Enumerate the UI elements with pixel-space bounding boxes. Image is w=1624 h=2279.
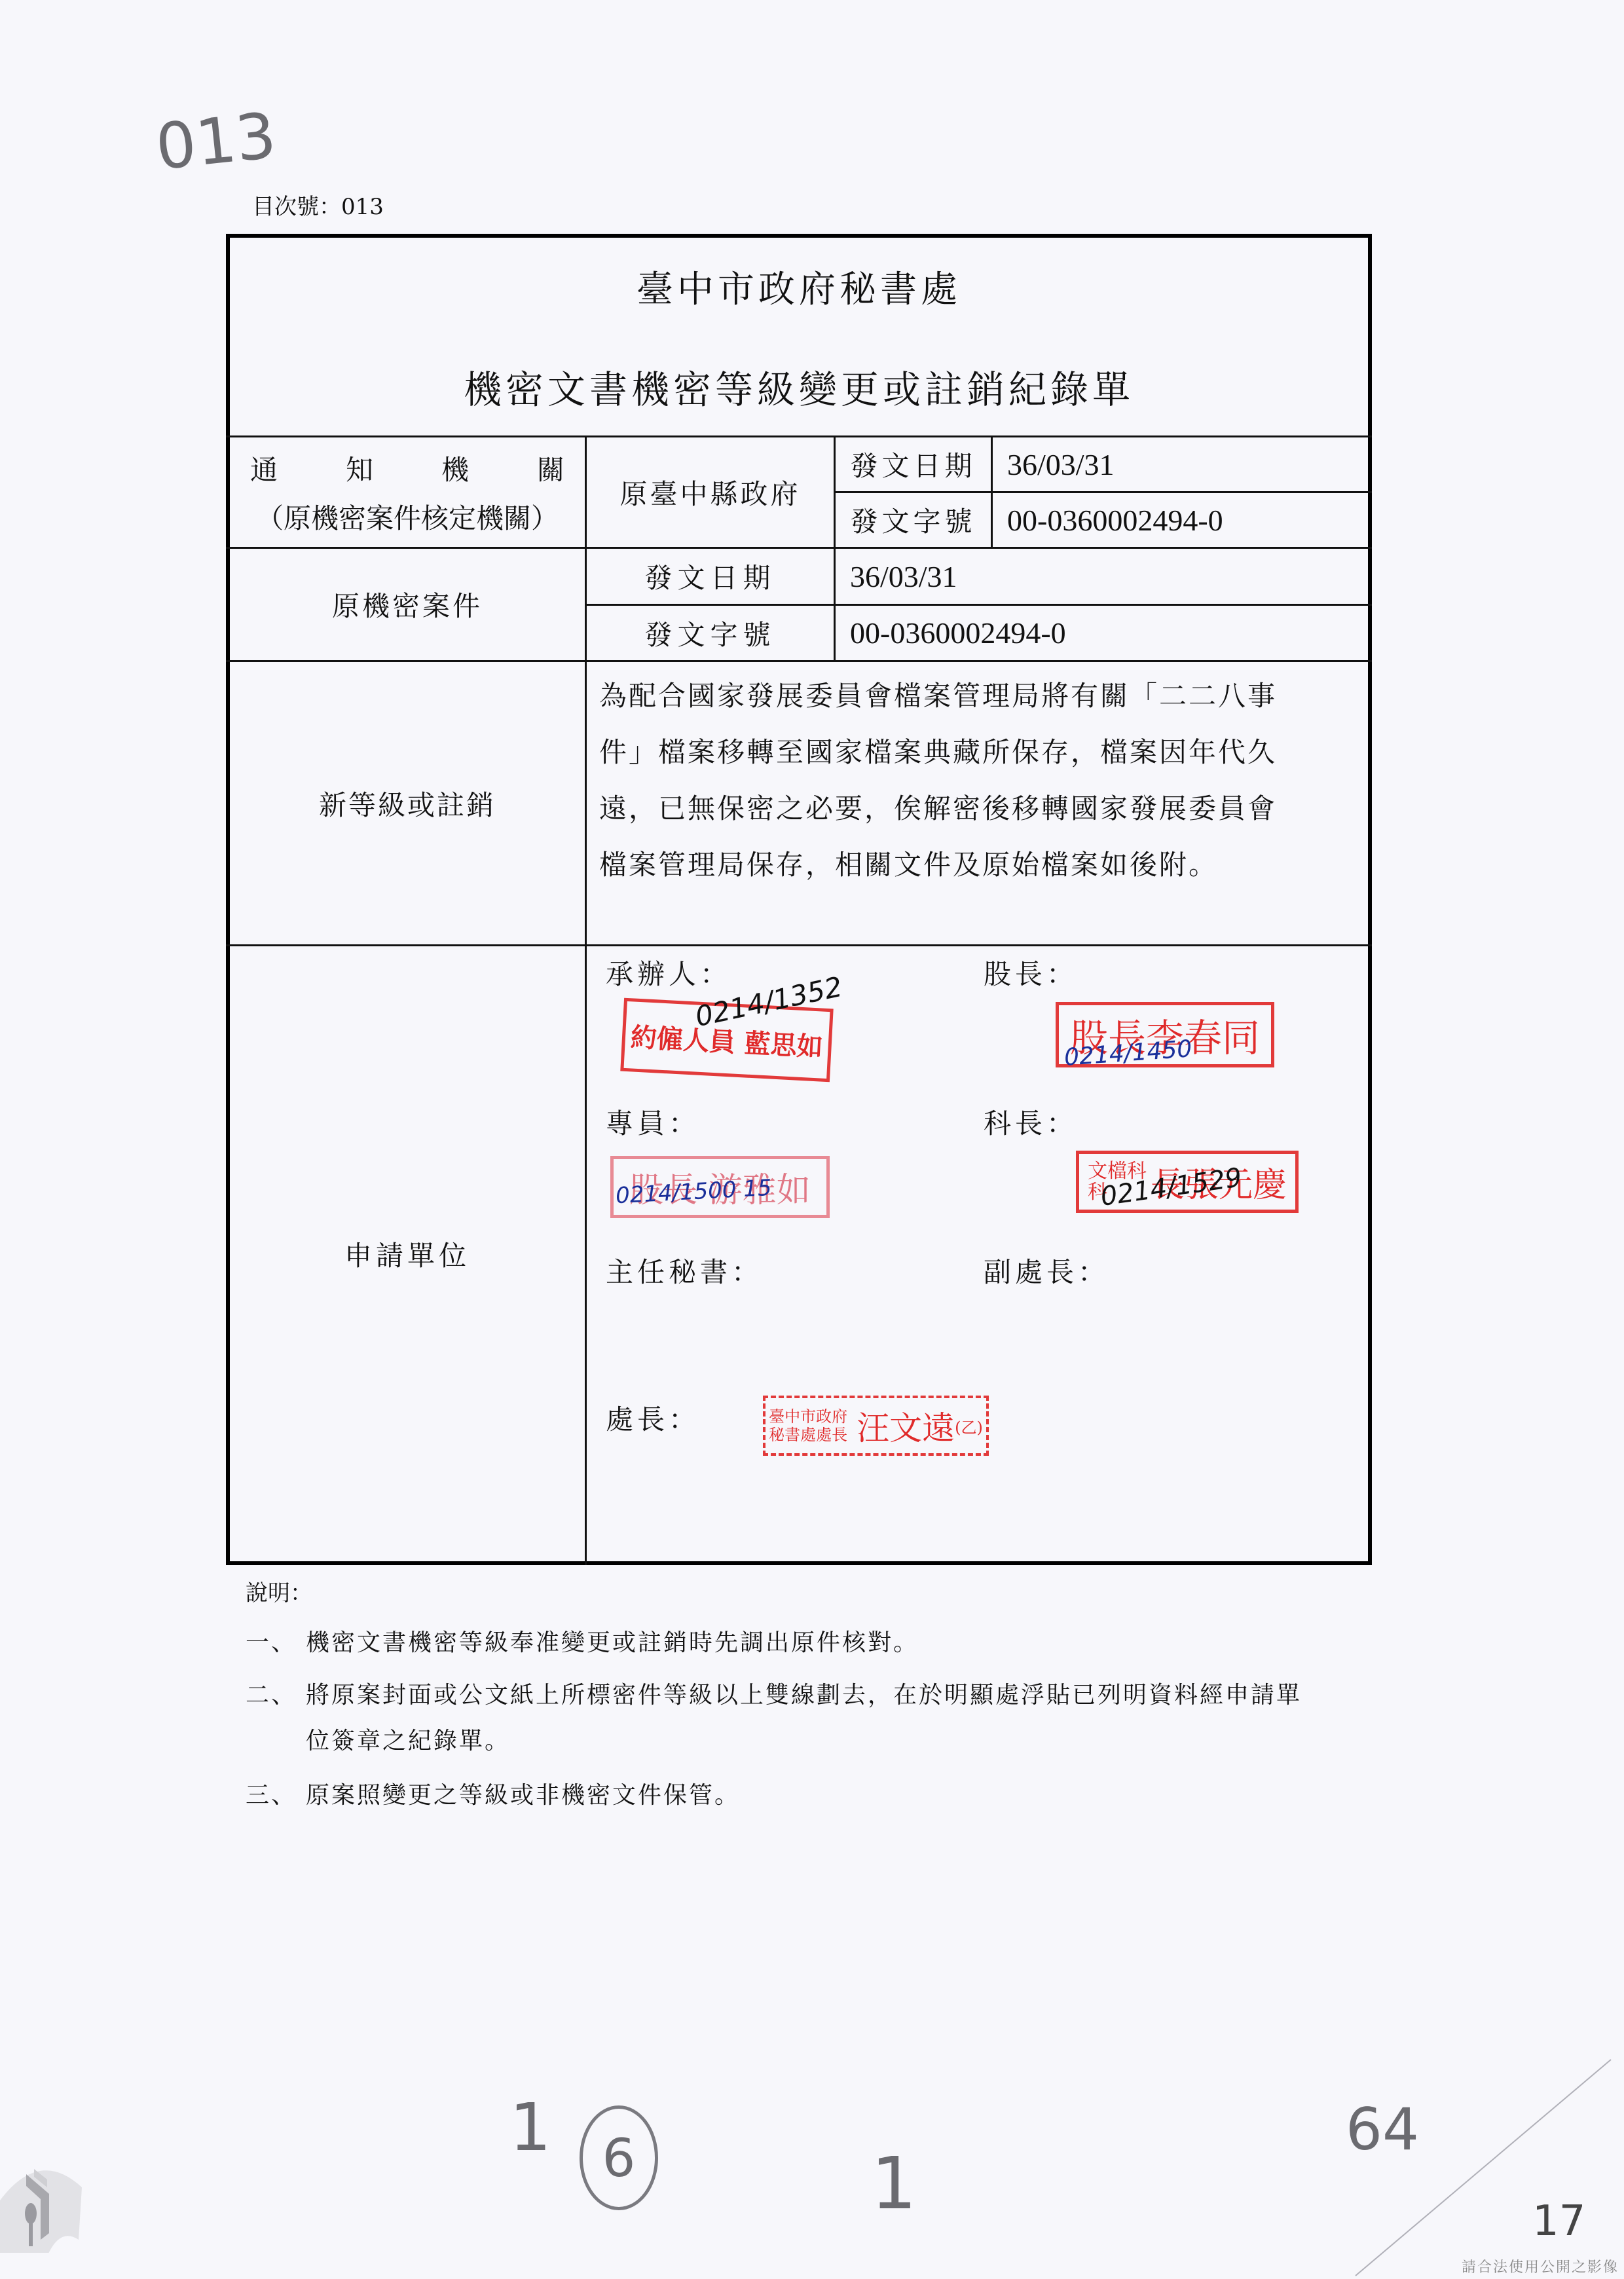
sig-label-clerk: 承辦人： bbox=[606, 953, 731, 992]
original-docno-value: 00-0360002494-0 bbox=[836, 606, 1372, 660]
sig-label-section-chief: 股長： bbox=[984, 953, 1078, 992]
note-number: 二、 bbox=[246, 1677, 306, 1710]
notes-title: 說明： bbox=[246, 1575, 312, 1607]
label-char: 關 bbox=[537, 449, 564, 488]
sig-label-chief-secretary: 主任秘書： bbox=[606, 1251, 763, 1290]
stamp-text: 汪文遠 bbox=[857, 1402, 955, 1449]
notify-agency-label: 通 知 機 關 （原機密案件核定機關） bbox=[230, 437, 585, 547]
stamp-subtext: 臺中市政府 秘書處處長 bbox=[769, 1407, 854, 1444]
label-char: 知 bbox=[346, 449, 373, 488]
archive-logo-icon bbox=[0, 2148, 85, 2253]
form-title: 機密文書機密等級變更或註銷紀錄單 bbox=[226, 359, 1372, 414]
notify-agency-label-sub: （原機密案件核定機關） bbox=[256, 497, 559, 536]
reason-line: 為配合國家發展委員會檔案管理局將有關「二二八事 bbox=[599, 668, 1362, 724]
handwritten-circled-number: 6 bbox=[580, 2105, 658, 2210]
note-number: 三、 bbox=[246, 1777, 306, 1810]
note-item: 二、將原案封面或公文紙上所標密件等級以上雙線劃去，在於明顯處浮貼已列明資料經申請… bbox=[246, 1677, 1302, 1710]
notify-docno-label: 發文字號 bbox=[836, 493, 991, 547]
original-date-label: 發文日期 bbox=[587, 549, 834, 604]
watermark: 請合法使用公開之影像 bbox=[1462, 2256, 1619, 2276]
handwritten-mark: 1 bbox=[509, 2089, 551, 2166]
note-item: 一、機密文書機密等級奉准變更或註銷時先調出原件核對。 bbox=[246, 1624, 919, 1658]
reason-line: 檔案管理局保存，相關文件及原始檔案如後附。 bbox=[599, 837, 1362, 893]
sig-label-director: 處長： bbox=[606, 1398, 700, 1437]
sig-label-specialist: 專員： bbox=[606, 1102, 700, 1141]
note-text: 原案照變更之等級或非機密文件保管。 bbox=[306, 1782, 740, 1809]
notify-date-label: 發文日期 bbox=[836, 437, 991, 491]
reason-line: 件」檔案移轉至國家檔案典藏所保存，檔案因年代久 bbox=[599, 724, 1362, 781]
new-level-label: 新等級或註銷 bbox=[230, 662, 585, 944]
sig-label-deputy-director: 副處長： bbox=[984, 1251, 1109, 1290]
notify-date-value: 36/03/31 bbox=[993, 437, 1372, 491]
catalog-number: 目次號：013 bbox=[252, 189, 384, 221]
original-docno-label: 發文字號 bbox=[587, 606, 834, 660]
notify-docno-value: 00-0360002494-0 bbox=[993, 493, 1372, 547]
original-date-value: 36/03/31 bbox=[836, 549, 1372, 604]
sig-label-division-chief: 科長： bbox=[984, 1102, 1078, 1141]
note-item: 三、原案照變更之等級或非機密文件保管。 bbox=[246, 1777, 740, 1810]
agency-title: 臺中市政府秘書處 bbox=[226, 261, 1372, 313]
stamp-suffix: (乙) bbox=[955, 1415, 983, 1437]
handwritten-page-number: 013 bbox=[153, 99, 280, 185]
col-divider bbox=[585, 435, 587, 1565]
stamp-director: 臺中市政府 秘書處處長 汪文遠 (乙) bbox=[763, 1396, 989, 1456]
notify-agency-label-main: 通 知 機 關 bbox=[250, 449, 564, 488]
label-char: 通 bbox=[250, 449, 278, 488]
applicant-unit-label: 申請單位 bbox=[230, 946, 585, 1561]
note-text-continued: 位簽章之紀錄單。 bbox=[306, 1722, 510, 1756]
circled-digit: 6 bbox=[602, 2128, 636, 2189]
label-char: 機 bbox=[441, 449, 469, 488]
note-text: 機密文書機密等級奉准變更或註銷時先調出原件核對。 bbox=[306, 1629, 919, 1656]
handwritten-mark: 1 bbox=[871, 2141, 917, 2225]
note-number: 一、 bbox=[246, 1624, 306, 1658]
reason-line: 遠，已無保密之必要，俟解密後移轉國家發展委員會 bbox=[599, 781, 1362, 837]
new-level-reason: 為配合國家發展委員會檔案管理局將有關「二二八事 件」檔案移轉至國家檔案典藏所保存… bbox=[599, 668, 1362, 893]
page-fold-line bbox=[1349, 2056, 1624, 2279]
notify-agency-name: 原臺中縣政府 bbox=[587, 437, 834, 547]
note-text: 將原案封面或公文紙上所標密件等級以上雙線劃去，在於明顯處浮貼已列明資料經申請單 bbox=[306, 1682, 1302, 1709]
original-case-label: 原機密案件 bbox=[230, 549, 585, 660]
